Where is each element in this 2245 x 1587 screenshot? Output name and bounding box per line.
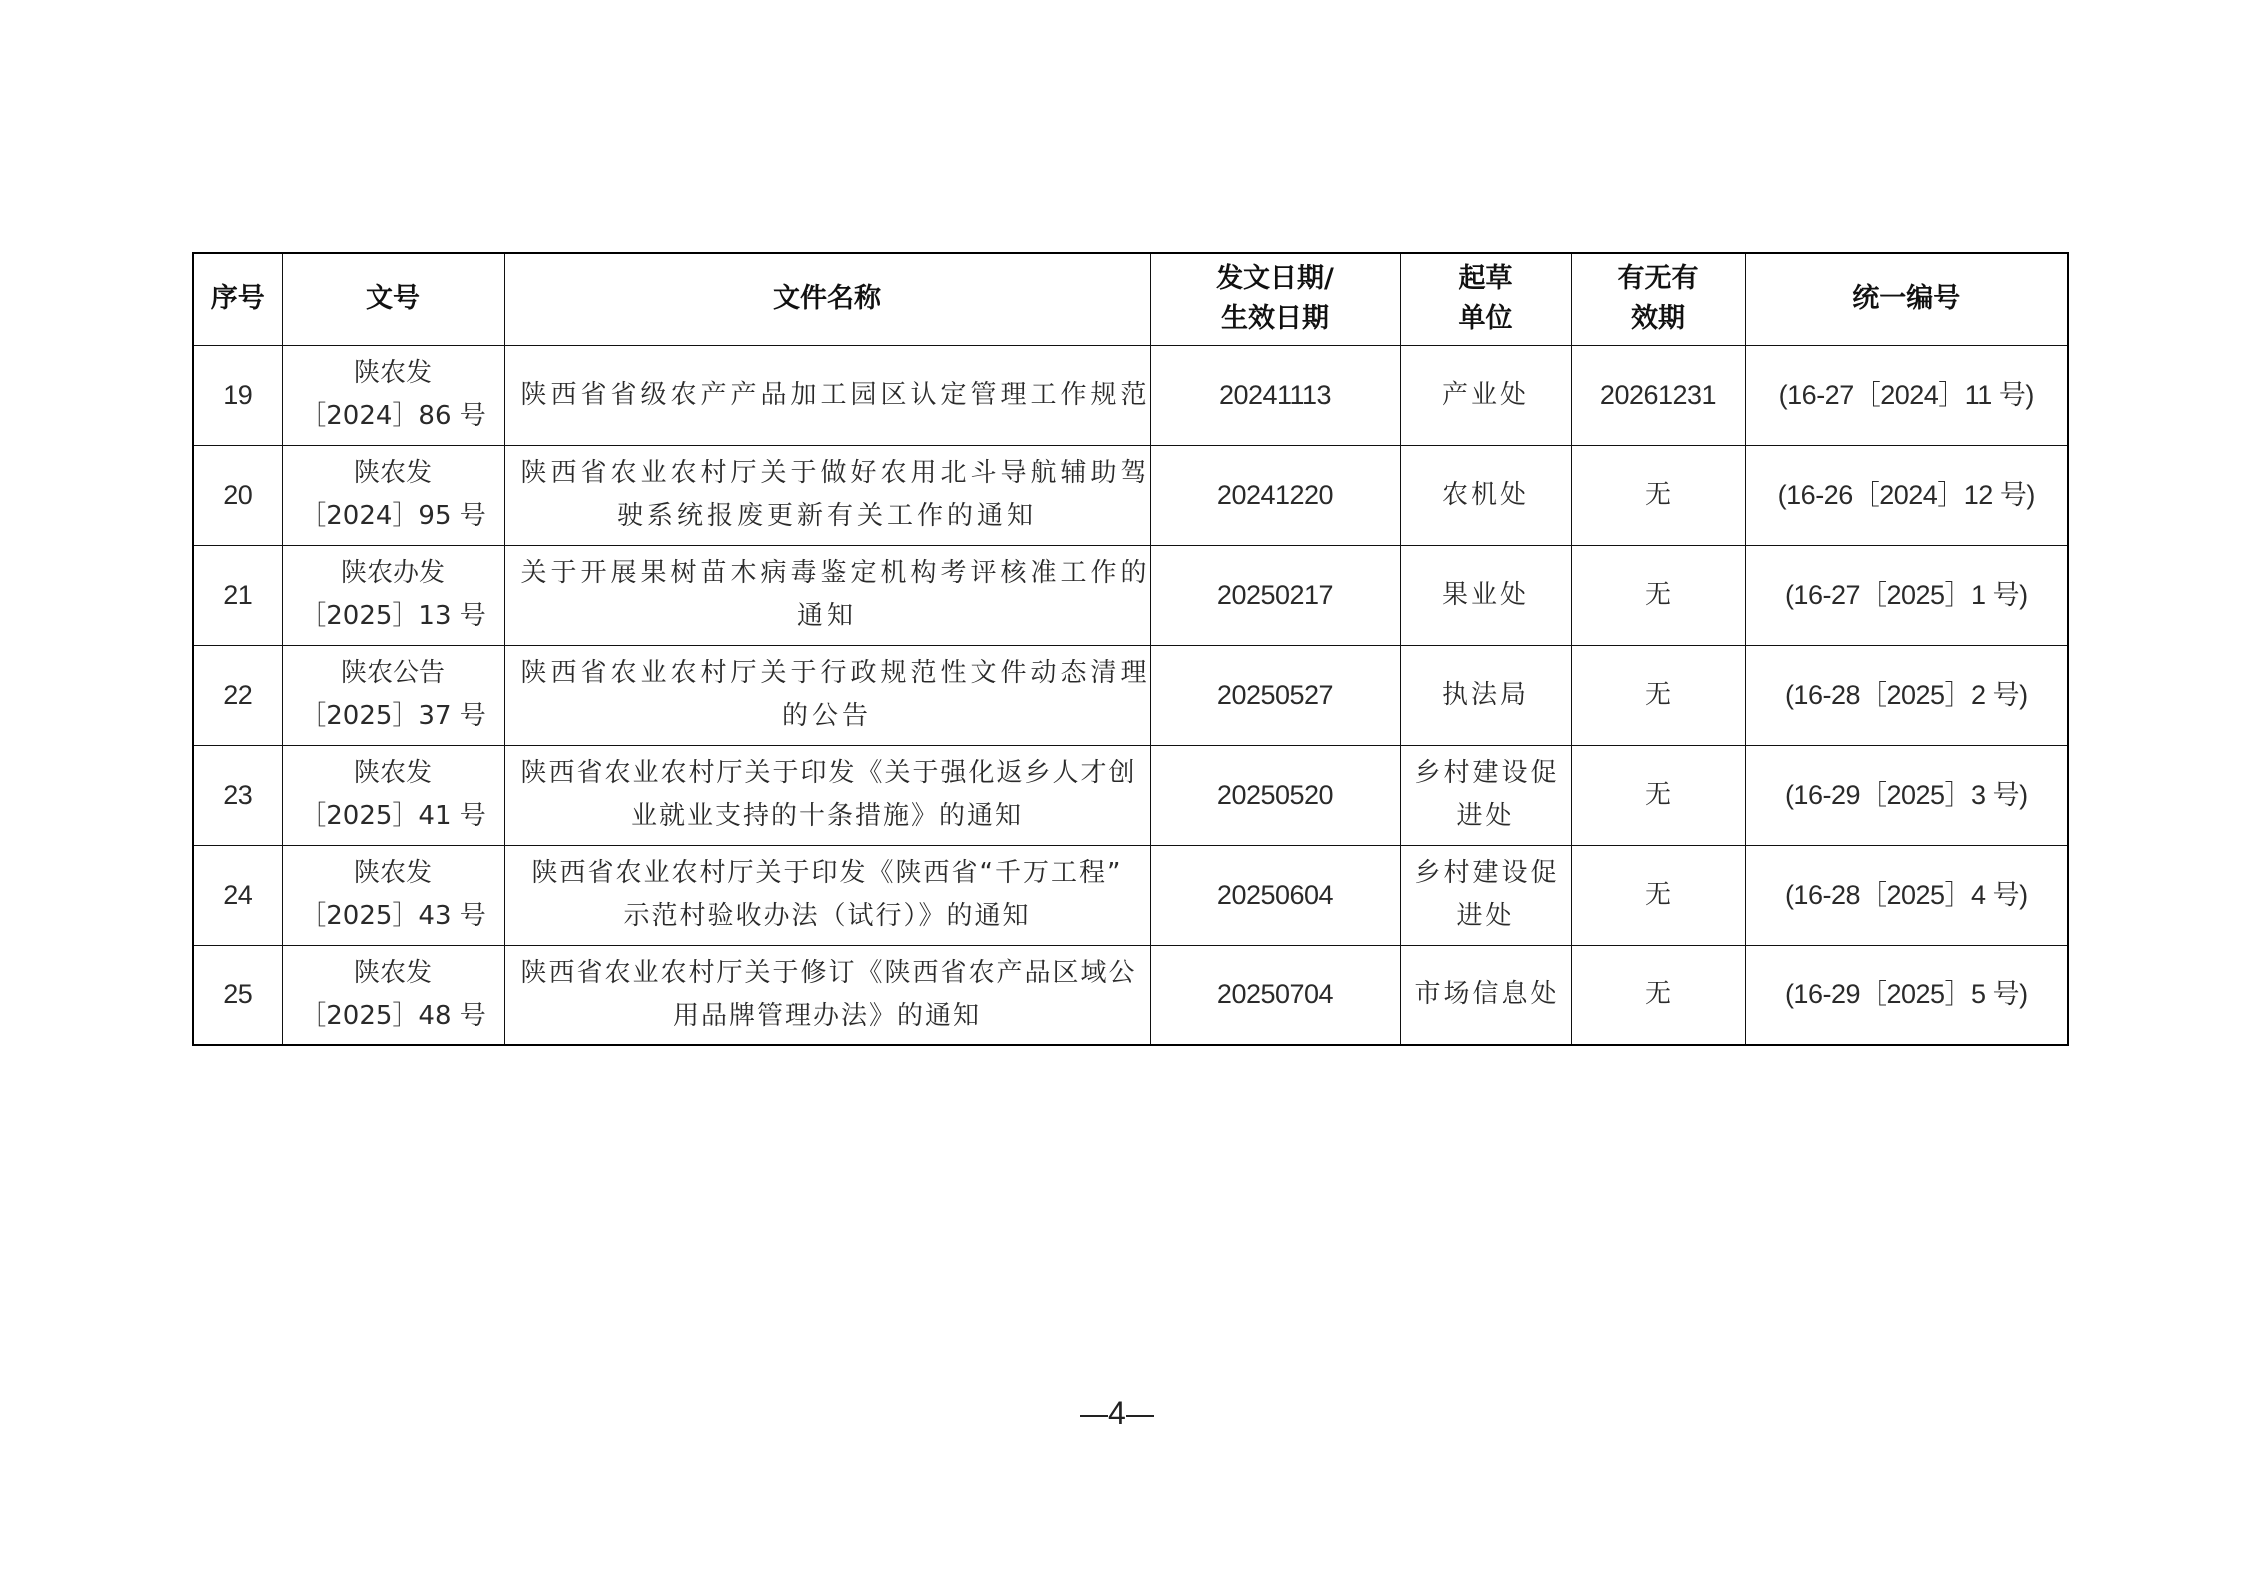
cell-doc-no: 陕农发 ［2025］43 号 [282, 845, 504, 945]
cell-title: 陕西省农业农村厅关于印发《关于强化返乡人才创 业就业支持的十条措施》的通知 [504, 745, 1150, 845]
table-header-row: 序号 文号 文件名称 发文日期/ 生效日期 起草 单位 有无有 效期 统一编号 [193, 253, 2068, 345]
cell-drafting-unit: 农机处 [1400, 445, 1571, 545]
cell-seq: 25 [193, 945, 282, 1045]
cell-validity: 无 [1571, 445, 1745, 545]
cell-title: 陕西省农业农村厅关于行政规范性文件动态清理 的公告 [504, 645, 1150, 745]
cell-drafting-unit: 果业处 [1400, 545, 1571, 645]
header-seq: 序号 [193, 253, 282, 345]
cell-doc-no: 陕农发 ［2024］95 号 [282, 445, 504, 545]
cell-validity: 无 [1571, 845, 1745, 945]
table-row: 23 陕农发 ［2025］41 号 陕西省农业农村厅关于印发《关于强化返乡人才创… [193, 745, 2068, 845]
header-unified-no: 统一编号 [1745, 253, 2068, 345]
cell-doc-no: 陕农办发 ［2025］13 号 [282, 545, 504, 645]
cell-date: 20250520 [1150, 745, 1400, 845]
cell-drafting-unit: 执法局 [1400, 645, 1571, 745]
cell-date: 20241113 [1150, 345, 1400, 445]
header-title: 文件名称 [504, 253, 1150, 345]
cell-unified-no: (16-27［2024］11 号) [1745, 345, 2068, 445]
page-number-dash-left [1080, 1415, 1108, 1417]
cell-title: 陕西省省级农产产品加工园区认定管理工作规范 [504, 345, 1150, 445]
page-number: 4 [1080, 1395, 1154, 1432]
cell-seq: 21 [193, 545, 282, 645]
cell-unified-no: (16-27［2025］1 号) [1745, 545, 2068, 645]
cell-drafting-unit: 乡村建设促 进处 [1400, 845, 1571, 945]
page-number-value: 4 [1108, 1395, 1126, 1431]
cell-doc-no: 陕农发 ［2025］48 号 [282, 945, 504, 1045]
table-row: 22 陕农公告 ［2025］37 号 陕西省农业农村厅关于行政规范性文件动态清理… [193, 645, 2068, 745]
header-drafting-unit: 起草 单位 [1400, 253, 1571, 345]
table-row: 19 陕农发 ［2024］86 号 陕西省省级农产产品加工园区认定管理工作规范 … [193, 345, 2068, 445]
cell-title: 陕西省农业农村厅关于做好农用北斗导航辅助驾 驶系统报废更新有关工作的通知 [504, 445, 1150, 545]
cell-title: 关于开展果树苗木病毒鉴定机构考评核准工作的 通知 [504, 545, 1150, 645]
cell-validity: 无 [1571, 945, 1745, 1045]
cell-doc-no: 陕农发 ［2025］41 号 [282, 745, 504, 845]
cell-date: 20250604 [1150, 845, 1400, 945]
cell-title: 陕西省农业农村厅关于印发《陕西省“千万工程” 示范村验收办法（试行）》的通知 [504, 845, 1150, 945]
header-validity: 有无有 效期 [1571, 253, 1745, 345]
cell-doc-no: 陕农发 ［2024］86 号 [282, 345, 504, 445]
cell-unified-no: (16-26［2024］12 号) [1745, 445, 2068, 545]
cell-seq: 20 [193, 445, 282, 545]
cell-unified-no: (16-28［2025］4 号) [1745, 845, 2068, 945]
cell-drafting-unit: 市场信息处 [1400, 945, 1571, 1045]
regulatory-documents-table: 序号 文号 文件名称 发文日期/ 生效日期 起草 单位 有无有 效期 统一编号 … [192, 252, 2069, 1046]
cell-seq: 23 [193, 745, 282, 845]
table-row: 24 陕农发 ［2025］43 号 陕西省农业农村厅关于印发《陕西省“千万工程”… [193, 845, 2068, 945]
header-doc-no: 文号 [282, 253, 504, 345]
table-row: 20 陕农发 ［2024］95 号 陕西省农业农村厅关于做好农用北斗导航辅助驾 … [193, 445, 2068, 545]
page-number-dash-right [1126, 1415, 1154, 1417]
cell-seq: 19 [193, 345, 282, 445]
cell-validity: 20261231 [1571, 345, 1745, 445]
cell-drafting-unit: 乡村建设促 进处 [1400, 745, 1571, 845]
cell-seq: 24 [193, 845, 282, 945]
cell-date: 20250704 [1150, 945, 1400, 1045]
table-row: 25 陕农发 ［2025］48 号 陕西省农业农村厅关于修订《陕西省农产品区域公… [193, 945, 2068, 1045]
header-date: 发文日期/ 生效日期 [1150, 253, 1400, 345]
cell-unified-no: (16-28［2025］2 号) [1745, 645, 2068, 745]
cell-validity: 无 [1571, 545, 1745, 645]
table-row: 21 陕农办发 ［2025］13 号 关于开展果树苗木病毒鉴定机构考评核准工作的… [193, 545, 2068, 645]
cell-validity: 无 [1571, 645, 1745, 745]
cell-date: 20250527 [1150, 645, 1400, 745]
cell-seq: 22 [193, 645, 282, 745]
cell-doc-no: 陕农公告 ［2025］37 号 [282, 645, 504, 745]
cell-date: 20250217 [1150, 545, 1400, 645]
cell-validity: 无 [1571, 745, 1745, 845]
cell-date: 20241220 [1150, 445, 1400, 545]
cell-drafting-unit: 产业处 [1400, 345, 1571, 445]
cell-unified-no: (16-29［2025］3 号) [1745, 745, 2068, 845]
cell-title: 陕西省农业农村厅关于修订《陕西省农产品区域公 用品牌管理办法》的通知 [504, 945, 1150, 1045]
cell-unified-no: (16-29［2025］5 号) [1745, 945, 2068, 1045]
